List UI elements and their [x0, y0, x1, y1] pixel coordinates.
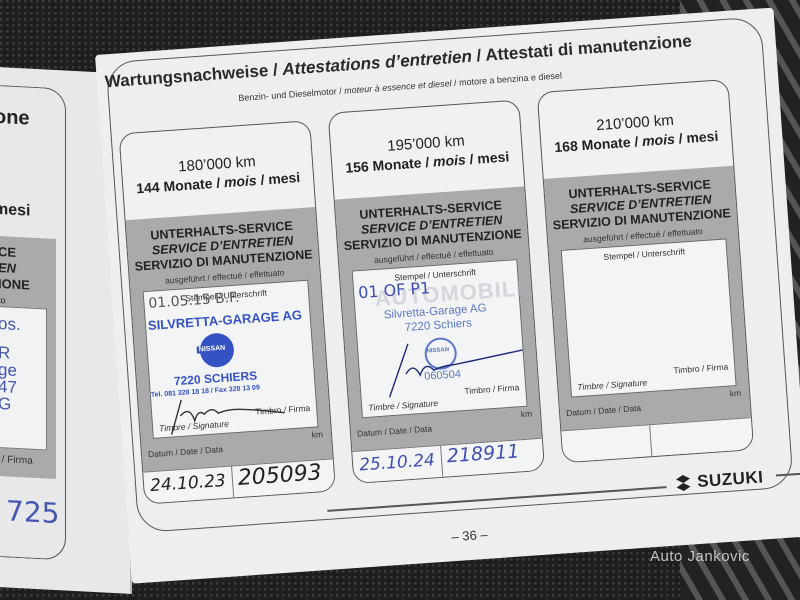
km-label: km — [311, 429, 323, 440]
date-label: Datum / Date / Data — [357, 423, 433, 438]
dealer-watermark: Auto Jankovic — [650, 548, 750, 565]
service-date[interactable] — [568, 429, 650, 461]
months-value: 144 — [136, 179, 160, 197]
stamp-label: Stempel / Unterschrift — [562, 243, 726, 264]
stamp-city: 7220 Schiers — [404, 317, 472, 334]
subtitle-separator: / — [454, 78, 457, 88]
service-band: UNTERHALTS-SERVICE SERVICE D’ENTRETIEN S… — [335, 186, 542, 451]
months-word-it: mesi — [268, 169, 301, 187]
months-word-fr: mois — [223, 172, 257, 190]
left-title-fragment: one — [0, 106, 30, 131]
left-stamp-box: os. R ge 47 G — [0, 305, 47, 451]
service-card-180000: 180’000 km 144 Monate / mois / mesi UNTE… — [119, 120, 336, 504]
left-stamp-fragment: G — [0, 394, 46, 414]
handwritten-note: 01.05.15 B.F. — [148, 290, 240, 312]
timbro-label: Timbro / Firma — [673, 362, 729, 376]
stamp-signature-box[interactable]: Stempel / Unterschrift Timbre / Signatur… — [561, 238, 737, 397]
page-number: – 36 – — [451, 527, 488, 544]
months-word-de: Monate — [372, 155, 422, 174]
km-label: km — [520, 408, 532, 419]
stamp-signature-box: Stempel / Unterschrift 01.05.15 B.F. SIL… — [143, 280, 319, 439]
service-band: UNTERHALTS-SERVICE SERVICE D’ENTRETIEN S… — [544, 166, 751, 431]
months-word-it: mesi — [686, 128, 719, 146]
service-band: UNTERHALTS-SERVICE SERVICE D’ENTRETIEN S… — [126, 207, 333, 472]
months-word-fr: mois — [433, 151, 467, 169]
title-separator: / — [476, 46, 482, 65]
entry-divider — [231, 466, 234, 500]
timbre-label: Timbre / Signature — [577, 377, 647, 392]
service-date[interactable]: 24.10.23 — [150, 471, 232, 503]
date-label: Datum / Date / Data — [148, 444, 224, 459]
service-card-195000: 195’000 km 156 Monate / mois / mesi UNTE… — [328, 100, 545, 484]
months-value: 168 — [554, 138, 578, 156]
suzuki-s-icon — [674, 473, 693, 492]
stamp-garage-name: SILVRETTA-GARAGE AG — [147, 307, 302, 333]
left-firma-fragment: ro / Firma — [0, 454, 33, 467]
stamp-signature-box: Stempel / Unterschrift AUTOMOBILI 01 OF … — [352, 259, 528, 418]
months-word-fr: mois — [642, 131, 676, 149]
left-odometer-fragment: 725 — [6, 494, 59, 530]
timbre-label: Timbre / Signature — [368, 398, 438, 413]
entry-divider — [440, 446, 443, 480]
km-label: km — [729, 388, 741, 399]
service-card-210000: 210’000 km 168 Monate / mois / mesi UNTE… — [537, 79, 754, 463]
months-word-de: Monate — [581, 134, 631, 153]
service-date[interactable]: 25.10.24 — [359, 450, 441, 482]
left-card: one mesi CE EN IONE to os. R ge 47 G ro … — [0, 84, 66, 561]
months-value: 156 — [345, 158, 369, 176]
service-odometer[interactable]: 218911 — [446, 440, 520, 467]
title-separator: / — [272, 60, 278, 79]
service-odometer[interactable]: 205093 — [237, 460, 323, 491]
left-service-fragment: IONE — [0, 275, 56, 295]
subtitle-separator: / — [339, 86, 342, 96]
left-service-band: CE EN IONE to os. R ge 47 G — [0, 235, 56, 479]
left-months-fragment: mesi — [0, 201, 30, 221]
entry-divider — [649, 425, 652, 459]
date-label: Datum / Date / Data — [566, 403, 642, 418]
service-book-page: Wartungsnachweise / Attestations d’entre… — [95, 8, 800, 584]
months-word-it: mesi — [477, 148, 510, 166]
left-stamp-fragment: os. — [0, 314, 46, 334]
months-word-de: Monate — [163, 175, 213, 194]
